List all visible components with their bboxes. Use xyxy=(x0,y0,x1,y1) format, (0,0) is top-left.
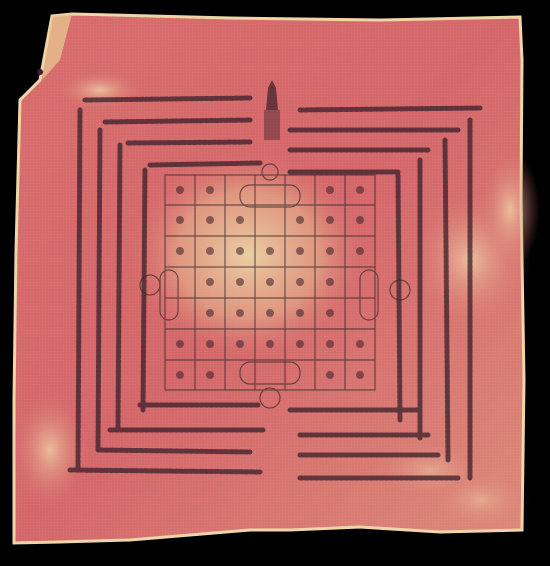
photo-scene: Thai yantra cloth (pha yant) with magica… xyxy=(0,0,550,566)
yantra-cloth xyxy=(0,0,550,566)
